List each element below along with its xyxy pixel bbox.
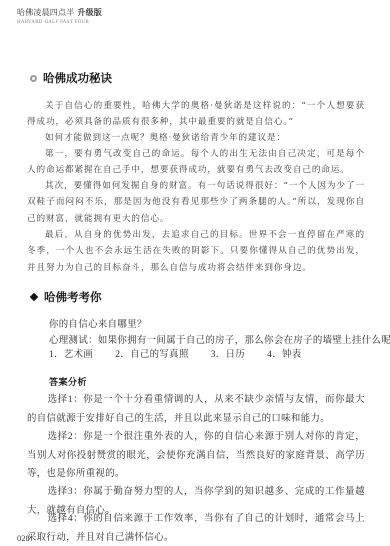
book-subtitle-en: HARVARD HALF PAST FOUR [17, 19, 102, 26]
running-head: 哈佛凌晨四点半升级版 HARVARD HALF PAST FOUR [17, 8, 102, 26]
ring-icon [30, 75, 37, 82]
answer-paragraph: 选择1：你是一个十分看重情调的人，从来不缺少亲情与友情，而你最大的自信就源于安排… [27, 391, 365, 428]
answer-heading: 答案分析 [49, 375, 87, 388]
section-heading-quiz: 哈佛考考你 [30, 289, 102, 305]
paragraph: 第一，要有勇气改变自己的命运。每个人的出生无法由自己决定，可是每个人的命运都紧握… [27, 146, 365, 179]
answer-paragraph: 选择2：你是一个很注重外表的人，你的自信心来源于别人对你的肯定，当别人对你投射赞… [27, 428, 365, 484]
section-heading-text: 哈佛成功秘诀 [43, 70, 112, 86]
quiz-options: 1．艺术画 2．自己的写真照 3．日历 4．钟表 [49, 346, 324, 360]
quiz-option: 1．艺术画 [49, 346, 93, 360]
book-title-text: 哈佛凌晨四点半 [17, 8, 74, 17]
paragraph: 最后，从自身的优势出发，去追求自己的目标。世界不会一直停留在严寒的冬季，一个人也… [27, 227, 365, 276]
book-title: 哈佛凌晨四点半升级版 [17, 8, 102, 18]
section-heading-text: 哈佛考考你 [44, 289, 102, 305]
page-number: 028 [17, 533, 30, 543]
quiz-option: 3．日历 [211, 346, 245, 360]
paragraph: 其次，要懂得如何发掘自身的财富。有一句话说得很好：“一个人因为少了一双鞋子而闷闷… [27, 178, 365, 227]
quiz-option: 4．钟表 [267, 346, 301, 360]
diamond-icon [30, 293, 38, 301]
book-edition: 升级版 [77, 8, 102, 17]
section-heading-success-secrets: 哈佛成功秘诀 [30, 70, 112, 86]
quiz-prompt: 心理测试：如果你拥有一间属于自己的房子，那么你会在房子的墙壁上挂什么呢？ [49, 332, 390, 346]
quiz-option: 2．自己的写真照 [115, 346, 189, 360]
quiz-question: 你的自信心来自哪里？ [49, 316, 147, 330]
answer-paragraph: 选择4：你的自信来源于工作效率，当你有了自己的计划时，通常会马上采取行动，并且对… [27, 510, 365, 546]
paragraph: 如何才能做到这一点呢？奥格·曼狄诺给青少年的建议是： [27, 130, 365, 146]
paragraph: 关于自信心的重要性，哈佛大学的奥格·曼狄诺是这样说的：“一个人想要获得成功，必须… [27, 98, 365, 131]
